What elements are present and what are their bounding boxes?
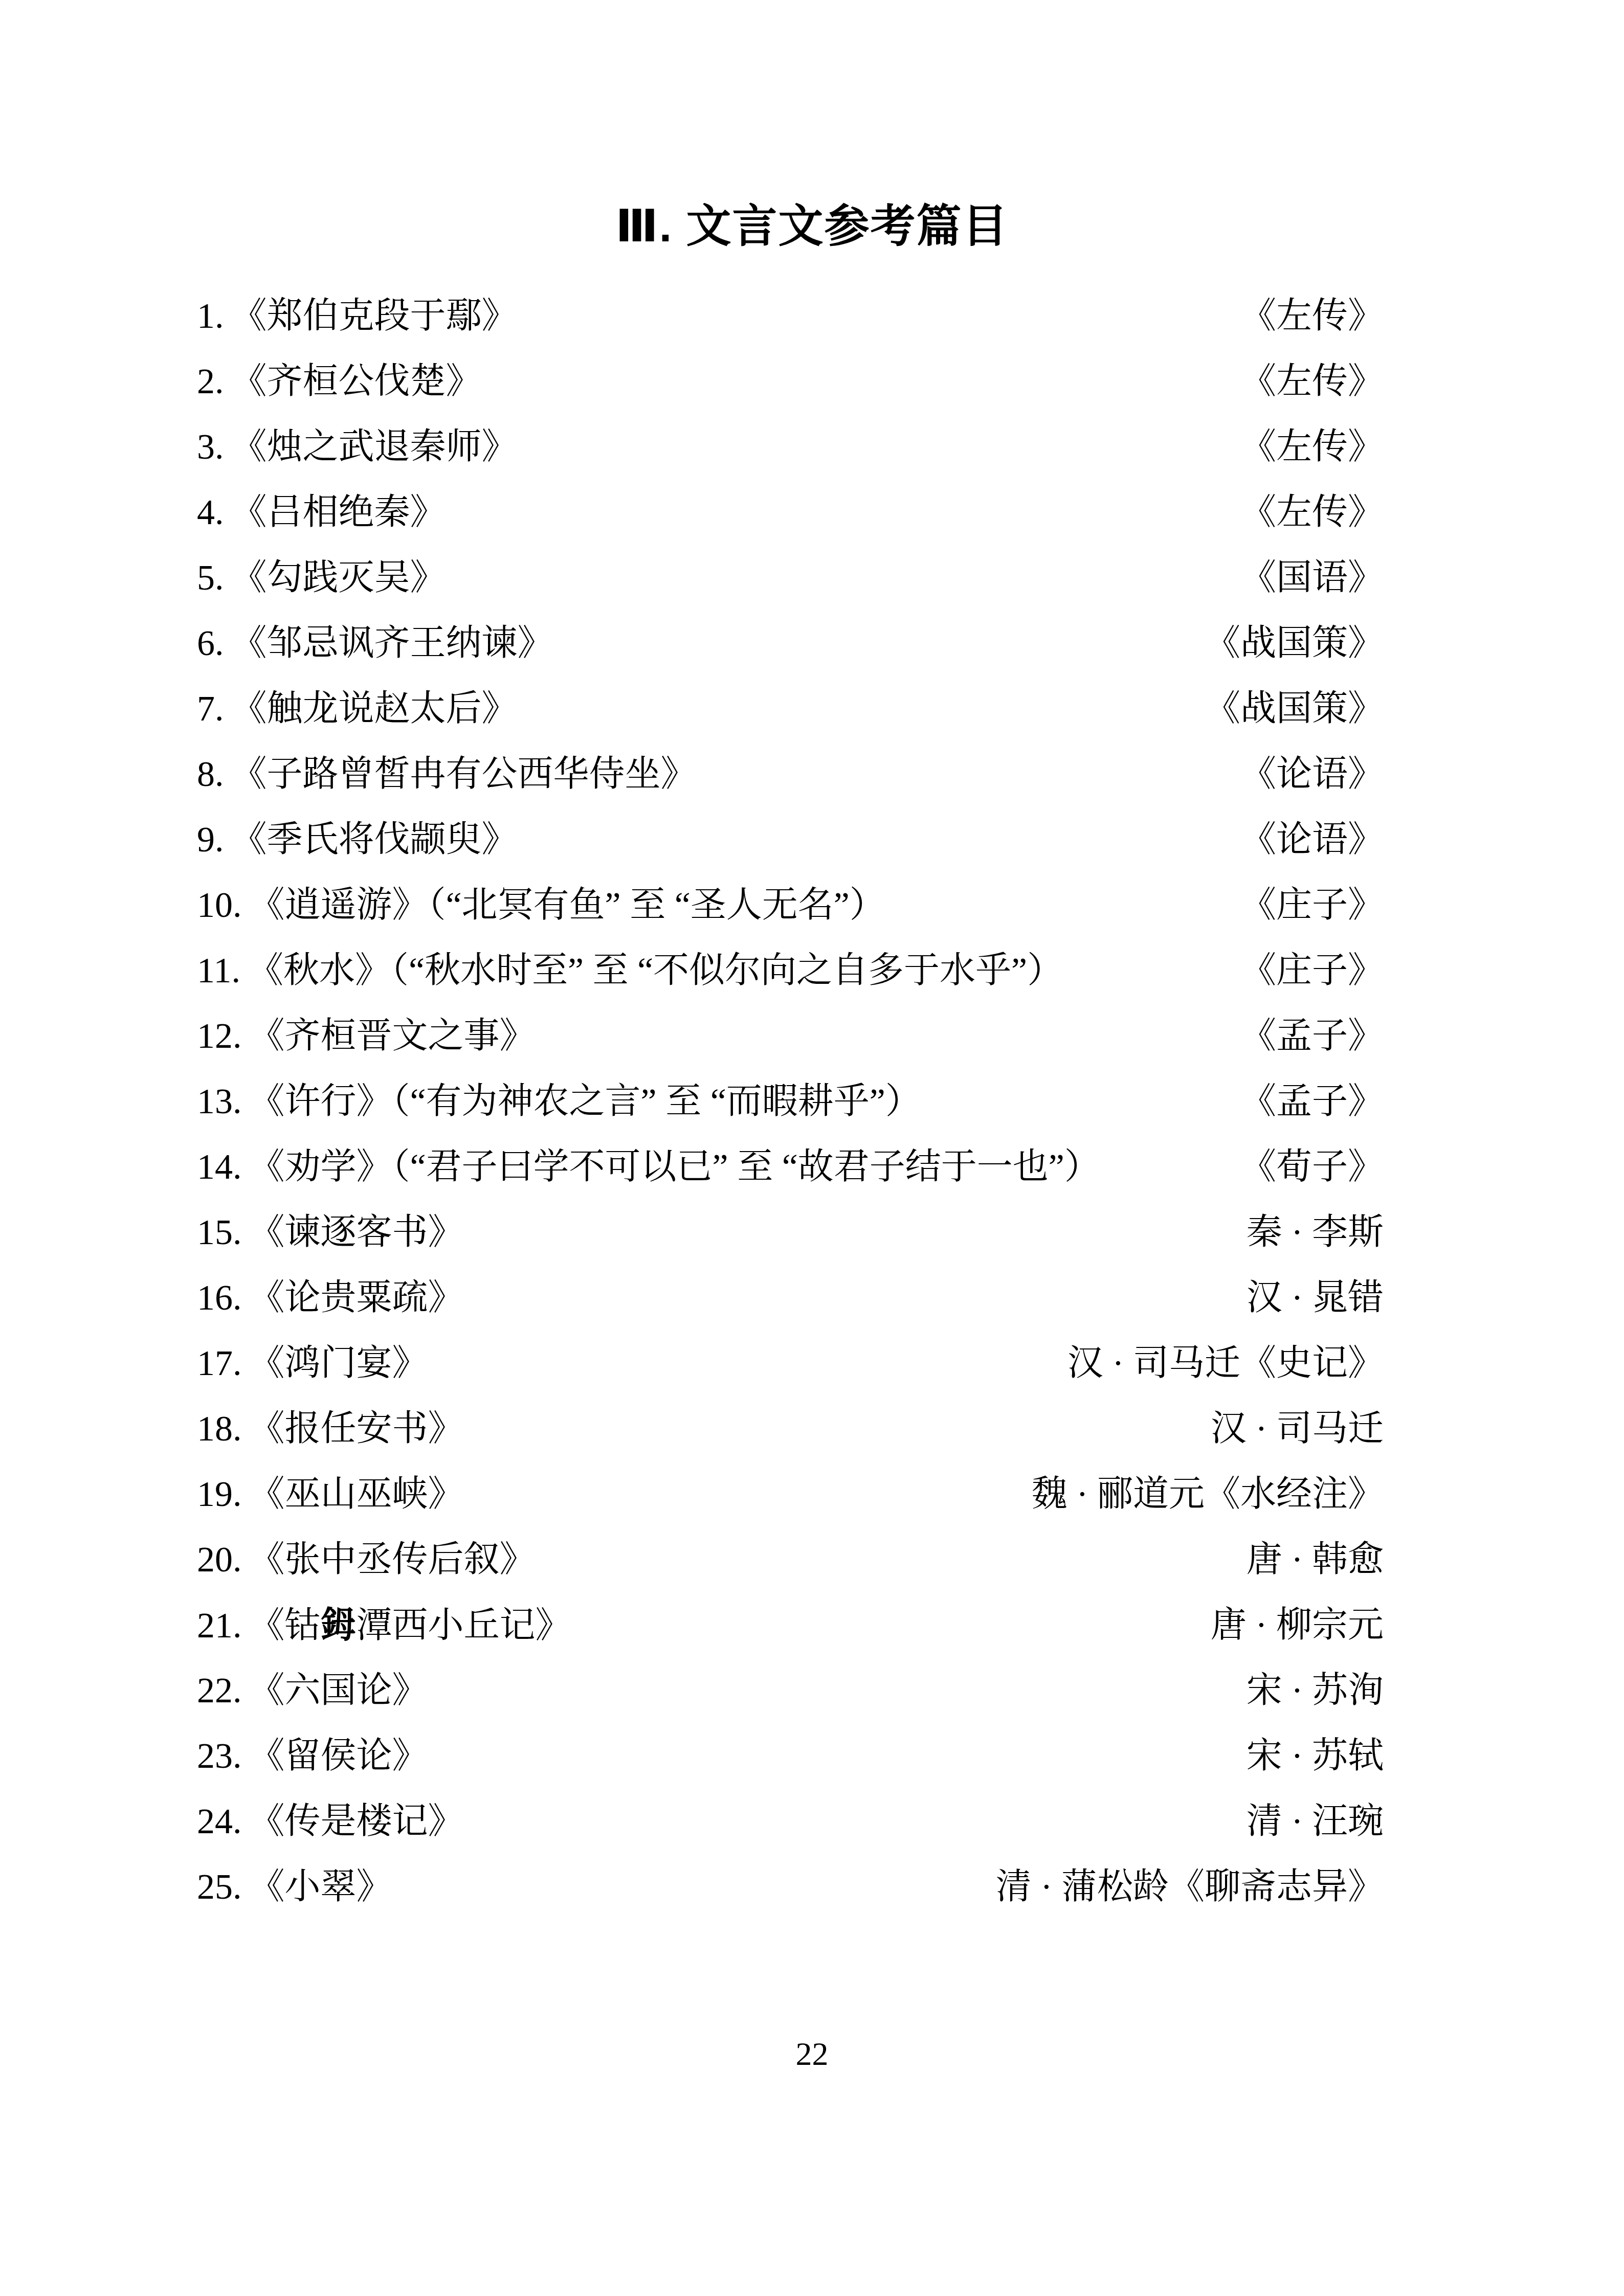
item-source: 《左传》 <box>1240 480 1384 546</box>
item-source: 宋 · 苏轼 <box>1247 1724 1384 1789</box>
item-source: 汉 · 晁错 <box>1247 1266 1384 1331</box>
item-source: 《左传》 <box>1240 415 1384 480</box>
toc-row-left: 17.《鸿门宴》 <box>197 1331 428 1397</box>
item-title: 《郑伯克段于鄢》 <box>231 284 518 349</box>
item-source: 清 · 蒲松龄《聊斋志异》 <box>996 1855 1384 1920</box>
item-title: 《许行》（“有为神农之言” 至 “而暇耕乎”） <box>249 1069 921 1135</box>
toc-row: 9.《季氏将伐颛臾》 《论语》 <box>197 807 1384 873</box>
toc-row: 22.《六国论》 宋 · 苏洵 <box>197 1658 1384 1724</box>
item-title: 《张中丞传后叙》 <box>249 1527 536 1593</box>
item-number: 19. <box>197 1462 242 1527</box>
item-title: 《季氏将伐颛臾》 <box>231 807 518 873</box>
item-number: 14. <box>197 1135 242 1200</box>
toc-row: 3.《烛之武退秦师》 《左传》 <box>197 415 1384 480</box>
toc-list: 1.《郑伯克段于鄢》 《左传》 2.《齐桓公伐楚》 《左传》 3.《烛之武退秦师… <box>197 284 1384 1920</box>
toc-row: 25.《小翠》 清 · 蒲松龄《聊斋志异》 <box>197 1855 1384 1920</box>
item-number: 18. <box>197 1397 242 1462</box>
item-title: 《齐桓公伐楚》 <box>231 349 482 415</box>
toc-row: 19.《巫山巫峡》 魏 · 郦道元《水经注》 <box>197 1462 1384 1527</box>
toc-row-left: 10.《逍遥游》（“北冥有鱼” 至 “圣人无名”） <box>197 873 885 938</box>
toc-row: 21.《钴鉧潭西小丘记》 唐 · 柳宗元 <box>197 1593 1384 1658</box>
item-number: 17. <box>197 1331 242 1397</box>
item-number: 5. <box>197 546 224 611</box>
item-title: 《逍遥游》（“北冥有鱼” 至 “圣人无名”） <box>249 873 885 938</box>
toc-row-left: 21.《钴鉧潭西小丘记》 <box>197 1592 571 1659</box>
item-title: 《论贵粟疏》 <box>249 1266 464 1331</box>
item-number: 15. <box>197 1200 242 1266</box>
item-source: 《战国策》 <box>1205 677 1384 742</box>
item-source: 《左传》 <box>1240 349 1384 415</box>
toc-row-left: 5.《勾践灭吴》 <box>197 546 446 611</box>
item-title: 《子路曾皙冉有公西华侍坐》 <box>231 742 697 807</box>
item-title: 《小翠》 <box>249 1855 392 1920</box>
item-source: 《庄子》 <box>1240 873 1384 938</box>
toc-row: 8.《子路曾皙冉有公西华侍坐》 《论语》 <box>197 742 1384 807</box>
item-title: 《齐桓晋文之事》 <box>249 1004 536 1069</box>
toc-row: 24.《传是楼记》 清 · 汪琬 <box>197 1789 1384 1855</box>
item-number: 6. <box>197 611 224 677</box>
item-number: 12. <box>197 1004 242 1069</box>
toc-row-left: 1.《郑伯克段于鄢》 <box>197 284 518 349</box>
toc-row-left: 18.《报任安书》 <box>197 1397 464 1462</box>
item-number: 24. <box>197 1789 242 1855</box>
item-number: 2. <box>197 349 224 415</box>
toc-row-left: 12.《齐桓晋文之事》 <box>197 1004 536 1069</box>
item-source: 《左传》 <box>1240 284 1384 349</box>
item-title: 《六国论》 <box>249 1658 428 1724</box>
item-source: 汉 · 司马迁《史记》 <box>1067 1331 1384 1397</box>
toc-row-left: 11.《秋水》（“秋水时至” 至 “不似尔向之自多于水乎”） <box>197 938 1063 1004</box>
item-title: 《报任安书》 <box>249 1397 464 1462</box>
toc-row-left: 8.《子路曾皙冉有公西华侍坐》 <box>197 742 697 807</box>
item-title: 《触龙说赵太后》 <box>231 677 518 742</box>
item-number: 21. <box>197 1593 242 1659</box>
toc-row: 2.《齐桓公伐楚》 《左传》 <box>197 349 1384 415</box>
item-title-bold-char: 鉧 <box>321 1604 357 1646</box>
item-number: 16. <box>197 1266 242 1331</box>
toc-row-left: 23.《留侯论》 <box>197 1724 428 1789</box>
item-number: 1. <box>197 284 224 349</box>
item-source: 唐 · 柳宗元 <box>1211 1593 1384 1658</box>
item-title: 《吕相绝秦》 <box>231 480 446 546</box>
item-number: 25. <box>197 1855 242 1920</box>
toc-row-left: 25.《小翠》 <box>197 1855 392 1920</box>
toc-row: 6.《邹忌讽齐王纳谏》 《战国策》 <box>197 611 1384 677</box>
item-number: 3. <box>197 415 224 480</box>
item-source: 魏 · 郦道元《水经注》 <box>1032 1462 1384 1527</box>
toc-row: 10.《逍遥游》（“北冥有鱼” 至 “圣人无名”） 《庄子》 <box>197 873 1384 938</box>
item-title: 《勾践灭吴》 <box>231 546 446 611</box>
item-title: 《劝学》（“君子曰学不可以已” 至 “故君子结于一也”） <box>249 1135 1100 1200</box>
item-title: 《巫山巫峡》 <box>249 1462 464 1527</box>
item-title: 《留侯论》 <box>249 1724 428 1789</box>
item-source: 《孟子》 <box>1240 1004 1384 1069</box>
toc-row: 4.《吕相绝秦》 《左传》 <box>197 480 1384 546</box>
toc-row-left: 20.《张中丞传后叙》 <box>197 1527 536 1593</box>
toc-row-left: 7.《触龙说赵太后》 <box>197 677 518 742</box>
item-number: 20. <box>197 1527 242 1593</box>
toc-row: 7.《触龙说赵太后》 《战国策》 <box>197 677 1384 742</box>
toc-row-left: 16.《论贵粟疏》 <box>197 1266 464 1331</box>
toc-row-left: 13.《许行》（“有为神农之言” 至 “而暇耕乎”） <box>197 1069 921 1135</box>
item-title: 《烛之武退秦师》 <box>231 415 518 480</box>
toc-row: 11.《秋水》（“秋水时至” 至 “不似尔向之自多于水乎”） 《庄子》 <box>197 938 1384 1004</box>
item-source: 《孟子》 <box>1240 1069 1384 1135</box>
item-source: 《国语》 <box>1240 546 1384 611</box>
item-source: 《庄子》 <box>1240 938 1384 1004</box>
item-title: 《邹忌讽齐王纳谏》 <box>231 611 553 677</box>
toc-row-left: 19.《巫山巫峡》 <box>197 1462 464 1527</box>
toc-row: 15.《谏逐客书》 秦 · 李斯 <box>197 1200 1384 1266</box>
item-title: 《钴鉧潭西小丘记》 <box>249 1592 571 1659</box>
toc-row: 23.《留侯论》 宋 · 苏轼 <box>197 1724 1384 1789</box>
toc-row: 5.《勾践灭吴》 《国语》 <box>197 546 1384 611</box>
toc-row-left: 22.《六国论》 <box>197 1658 428 1724</box>
item-number: 4. <box>197 480 224 546</box>
item-number: 11. <box>197 938 240 1004</box>
page-title: Ⅲ. 文言文参考篇目 <box>0 204 1624 249</box>
toc-row-left: 15.《谏逐客书》 <box>197 1200 464 1266</box>
item-number: 13. <box>197 1069 242 1135</box>
toc-row-left: 24.《传是楼记》 <box>197 1789 464 1855</box>
toc-row-left: 3.《烛之武退秦师》 <box>197 415 518 480</box>
item-title: 《谏逐客书》 <box>249 1200 464 1266</box>
toc-row-left: 2.《齐桓公伐楚》 <box>197 349 482 415</box>
item-title-part: 《钴 <box>249 1606 321 1646</box>
item-title: 《鸿门宴》 <box>249 1331 428 1397</box>
item-source: 《论语》 <box>1240 807 1384 873</box>
toc-row: 14.《劝学》（“君子曰学不可以已” 至 “故君子结于一也”） 《荀子》 <box>197 1135 1384 1200</box>
toc-row-left: 4.《吕相绝秦》 <box>197 480 446 546</box>
toc-row-left: 9.《季氏将伐颛臾》 <box>197 807 518 873</box>
page-number: 22 <box>0 2038 1624 2070</box>
item-title: 《传是楼记》 <box>249 1789 464 1855</box>
item-number: 9. <box>197 807 224 873</box>
item-number: 8. <box>197 742 224 807</box>
toc-row: 16.《论贵粟疏》 汉 · 晁错 <box>197 1266 1384 1331</box>
toc-row: 20.《张中丞传后叙》 唐 · 韩愈 <box>197 1527 1384 1593</box>
toc-row: 18.《报任安书》 汉 · 司马迁 <box>197 1397 1384 1462</box>
toc-row: 13.《许行》（“有为神农之言” 至 “而暇耕乎”） 《孟子》 <box>197 1069 1384 1135</box>
item-title-part: 潭西小丘记》 <box>357 1606 571 1646</box>
item-number: 7. <box>197 677 224 742</box>
item-source: 清 · 汪琬 <box>1247 1789 1384 1855</box>
toc-row: 12.《齐桓晋文之事》 《孟子》 <box>197 1004 1384 1069</box>
item-source: 《荀子》 <box>1240 1135 1384 1200</box>
item-source: 唐 · 韩愈 <box>1247 1527 1384 1593</box>
item-source: 《论语》 <box>1240 742 1384 807</box>
toc-row-left: 14.《劝学》（“君子曰学不可以已” 至 “故君子结于一也”） <box>197 1135 1100 1200</box>
item-source: 《战国策》 <box>1205 611 1384 677</box>
item-title: 《秋水》（“秋水时至” 至 “不似尔向之自多于水乎”） <box>248 938 1063 1004</box>
item-source: 汉 · 司马迁 <box>1211 1397 1384 1462</box>
item-number: 22. <box>197 1658 242 1724</box>
item-number: 10. <box>197 873 242 938</box>
item-source: 宋 · 苏洵 <box>1247 1658 1384 1724</box>
item-source: 秦 · 李斯 <box>1247 1200 1384 1266</box>
toc-row: 17.《鸿门宴》 汉 · 司马迁《史记》 <box>197 1331 1384 1397</box>
item-number: 23. <box>197 1724 242 1789</box>
toc-row-left: 6.《邹忌讽齐王纳谏》 <box>197 611 553 677</box>
toc-row: 1.《郑伯克段于鄢》 《左传》 <box>197 284 1384 349</box>
